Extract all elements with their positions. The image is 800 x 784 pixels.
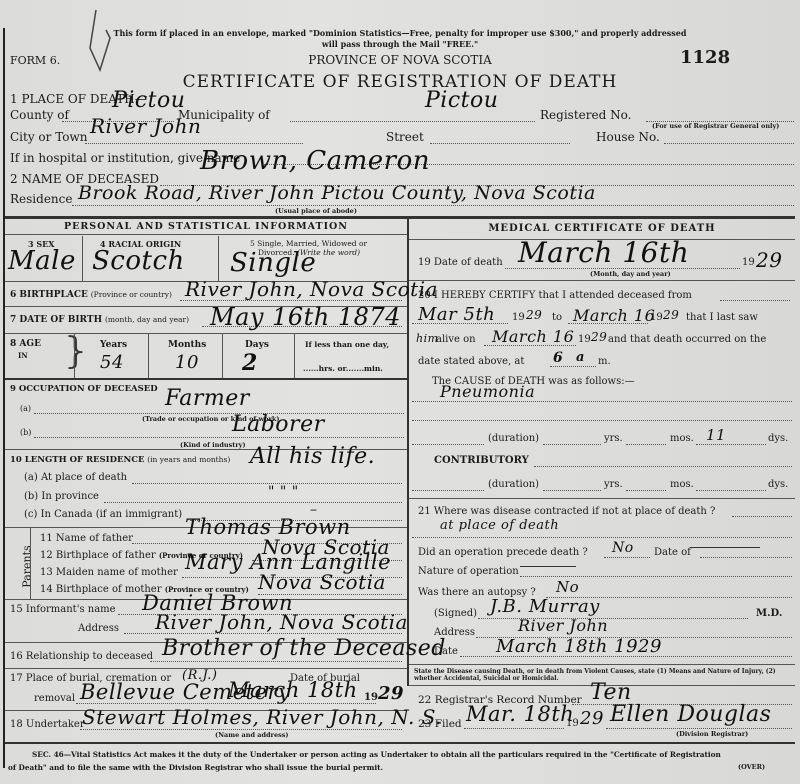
time-ampm-value: a: [576, 350, 585, 365]
residence-label: Residence: [10, 192, 72, 206]
street-label: Street: [386, 130, 424, 144]
to-year-prefix: 19: [650, 312, 663, 323]
time-of-death-value: 6: [553, 350, 563, 366]
marital-value: Single: [230, 248, 316, 278]
filed-label: 23 Filed: [418, 718, 462, 730]
personal-section-title: PERSONAL AND STATISTICAL INFORMATION: [5, 221, 407, 232]
dob-value: May 16th 1874: [210, 303, 401, 331]
age-label-line2: IN: [18, 350, 41, 362]
informant-name-label: 15 Informant's name: [10, 604, 116, 615]
certify-text: 20 I HEREBY CERTIFY that I attended dece…: [418, 290, 692, 301]
operation-value: No: [612, 540, 634, 556]
medical-section-title: MEDICAL CERTIFICATE OF DEATH: [409, 223, 795, 234]
footer-line-2: of Death" and to file the same with the …: [8, 763, 383, 772]
residence-at-place-value: All his life.: [250, 444, 375, 469]
registrar-signature: Ellen Douglas: [610, 702, 771, 727]
alive-on-label: alive on: [436, 334, 476, 345]
date-of-death-value: March 16th: [518, 236, 689, 269]
contributory-mos-label: mos.: [670, 479, 694, 490]
birthplace-value: River John, Nova Scotia: [185, 277, 438, 301]
burial-year-prefix: 19: [364, 692, 378, 703]
occupation-a-label: (a): [20, 404, 31, 413]
occupation-b-note: (Kind of industry): [180, 441, 246, 449]
relationship-value: Brother of the Deceased: [162, 636, 446, 661]
physician-address-value: River John: [518, 616, 608, 635]
sex-value: Male: [8, 246, 76, 276]
cause-of-death-value: Pneumonia: [440, 382, 535, 401]
signed-label: (Signed): [434, 608, 477, 619]
days-label: Days: [245, 340, 269, 350]
county-value: Pictou: [112, 88, 185, 113]
dod-year-prefix: 19: [742, 257, 755, 268]
filed-year-value: 29: [580, 708, 604, 729]
months-label: Months: [168, 340, 206, 350]
registrar-note: (Division Registrar): [676, 730, 748, 738]
operation-label: Did an operation precede death ?: [418, 547, 588, 558]
age-label: 8 AGE IN: [10, 338, 41, 362]
filed-year-prefix: 19: [566, 718, 579, 729]
date-of-death-label: 19 Date of death: [418, 257, 503, 268]
occupation-label: 9 OCCUPATION OF DECEASED: [10, 384, 158, 394]
physician-signature: J.B. Murray: [490, 596, 600, 617]
over-label: (OVER): [738, 763, 765, 771]
dys-label: dys.: [768, 433, 788, 444]
days-value: 2: [242, 350, 258, 376]
county-label: County of: [10, 108, 69, 122]
contributory-label: CONTRIBUTORY: [434, 455, 529, 466]
mother-name-label: 13 Maiden name of mother: [40, 567, 178, 578]
death-certificate: This form if placed in an envelope, mark…: [0, 0, 800, 784]
registered-no-note: (For use of Registrar General only): [652, 122, 779, 130]
father-birthplace-text: 12 Birthplace of father: [40, 550, 156, 561]
filed-date-value: Mar. 18th: [466, 702, 574, 726]
removal-label: removal: [34, 693, 75, 704]
attended-to-value: March 16: [573, 306, 655, 325]
attended-from-year: 29: [526, 308, 542, 322]
registered-no-label: Registered No.: [540, 108, 631, 122]
dob-note: (month, day and year): [105, 315, 189, 324]
informant-address-value: River John, Nova Scotia: [155, 610, 408, 634]
attended-to-year: 29: [663, 308, 679, 322]
deceased-name-value: Brown, Cameron: [200, 146, 430, 176]
last-saw-label: that I last saw: [686, 312, 758, 323]
marital-label-line1: 5 Single, Married, Widowed or: [250, 239, 367, 248]
physician-date-label: Date: [434, 646, 458, 657]
disease-contracted-value: at place of death: [440, 518, 559, 533]
residence-value: Brook Road, River John Pictou County, No…: [78, 182, 596, 204]
residence-length-label: 10 LENGTH OF RESIDENCE (in years and mon…: [10, 455, 230, 465]
age-brace: }: [64, 334, 87, 370]
yrs-label: yrs.: [604, 433, 623, 444]
years-label: Years: [100, 340, 127, 350]
burial-year-value: 29: [378, 683, 404, 704]
from-year-prefix: 19: [512, 312, 525, 323]
city-value: River John: [90, 114, 201, 138]
contributory-yrs-label: yrs.: [604, 479, 623, 490]
death-occurred-label: and that death occurred on the: [608, 334, 766, 345]
occupation-b-label: (b): [20, 428, 31, 437]
residence-note: (Usual place of abode): [275, 207, 357, 215]
residence-at-place-label: (a) At place of death: [24, 472, 127, 483]
to-label: to: [552, 312, 562, 323]
operation-date-label: Date of: [654, 547, 691, 558]
city-label: City or Town: [10, 130, 88, 144]
nature-of-operation-label: Nature of operation: [418, 566, 519, 577]
occupation-a-value: Farmer: [165, 386, 250, 411]
date-of-death-note: (Month, day and year): [590, 270, 671, 278]
informant-address-label: Address: [78, 623, 119, 634]
physician-address-label: Address: [434, 627, 475, 638]
certify-label: 20 I HEREBY CERTIFY that I attended dece…: [418, 290, 692, 301]
mail-notice: This form if placed in an envelope, mark…: [0, 28, 800, 49]
certificate-number: 1128: [680, 47, 730, 68]
burial-date-value: March 18th: [228, 678, 358, 702]
racial-origin-value: Scotch: [92, 246, 185, 276]
birthplace-label: 6 BIRTHPLACE (Province or country): [10, 290, 172, 300]
birthplace-note: (Province or country): [91, 290, 172, 299]
age-label-line1: 8 AGE: [10, 338, 41, 350]
mos-label: mos.: [670, 433, 694, 444]
house-no-label: House No.: [596, 130, 660, 144]
months-value: 10: [175, 352, 199, 373]
disease-contracted-label: 21 Where was disease contracted if not a…: [418, 506, 715, 517]
notice-line-1: This form if placed in an envelope, mark…: [0, 28, 800, 38]
alive-on-value: March 16: [492, 327, 574, 346]
alive-year-value: 29: [591, 330, 607, 344]
parents-label: Parents: [21, 545, 34, 587]
m-label: m.: [598, 356, 611, 367]
undertaker-note: (Name and address): [215, 731, 289, 739]
father-name-label: 11 Name of father: [40, 533, 133, 544]
municipality-value: Pictou: [425, 88, 498, 113]
date-stated-label: date stated above, at: [418, 356, 524, 367]
hrs-min-label: ......hrs. or.......min.: [303, 364, 383, 373]
md-label: M.D.: [756, 608, 782, 619]
years-value: 54: [100, 352, 124, 373]
duration-days-value: 11: [706, 426, 726, 444]
occupation-b-value: Laborer: [232, 412, 325, 437]
page-edge: [3, 28, 5, 768]
footer-line-1: SEC. 46—Vital Statistics Act makes it th…: [32, 750, 721, 759]
residence-province-label: (b) In province: [24, 491, 99, 502]
dob-label: 7 DATE OF BIRTH (month, day and year): [10, 315, 189, 325]
relationship-label: 16 Relationship to deceased: [10, 651, 153, 662]
dod-year-value: 29: [756, 248, 782, 272]
contributory-duration-label: (duration): [488, 479, 539, 490]
duration-label: (duration): [488, 433, 539, 444]
undertaker-label: 18 Undertaker: [10, 719, 85, 730]
alive-year-prefix: 19: [578, 334, 591, 345]
undertaker-value: Stewart Holmes, River John, N. S.: [82, 705, 442, 729]
attended-from-value: Mar 5th: [418, 304, 495, 325]
physician-date-value: March 18th 1929: [496, 636, 662, 657]
residence-length-text: 10 LENGTH OF RESIDENCE: [10, 455, 145, 465]
residence-canada-label: (c) In Canada (if an immigrant): [24, 509, 182, 520]
residence-province-value: " " ": [268, 484, 299, 500]
contributory-dys-label: dys.: [768, 479, 788, 490]
less-than-day-label: If less than one day,: [305, 340, 389, 349]
residence-length-note: (in years and months): [147, 455, 230, 464]
autopsy-value: No: [556, 578, 579, 596]
birthplace-label-text: 6 BIRTHPLACE: [10, 290, 88, 300]
dob-label-text: 7 DATE OF BIRTH: [10, 315, 102, 325]
